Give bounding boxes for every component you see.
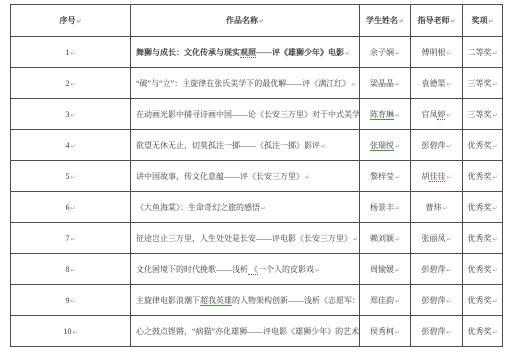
eol-mark: ↵ xyxy=(395,50,400,57)
header-title[interactable]: 作品名称↵ xyxy=(131,5,360,37)
cell-text: 10 xyxy=(63,327,71,336)
eol-mark: ↵ xyxy=(446,236,451,243)
cell-no[interactable]: 2↵ xyxy=(11,68,131,99)
awards-table: 序号↵ 作品名称↵ 学生姓名↵ 指导老师↵ 奖项↵ 1↵舞狮与成长：文化传承与现… xyxy=(10,4,503,347)
cell-text: 郑佳韵 xyxy=(370,296,394,305)
eol-mark: ↵ xyxy=(70,174,75,181)
cell-text: 傅明根 xyxy=(421,48,445,57)
cell-text: 彭碧萍 xyxy=(421,141,445,150)
cell-text: 余子娴 xyxy=(370,48,394,57)
cell-text: 《大鱼海棠》：生命奇幻之旅的感悟 xyxy=(136,203,260,212)
document-page: { "colors": { "text": "#3b3b3b", "border… xyxy=(0,0,512,360)
cell-text: 彭碧萍 xyxy=(421,265,445,274)
eol-mark: ↵ xyxy=(446,329,451,336)
header-no[interactable]: 序号↵ xyxy=(11,5,131,37)
cell-text: 三等奖 xyxy=(467,79,491,88)
eol-mark: ↵ xyxy=(492,205,497,212)
table-row: 1↵舞狮与成长：文化传承与现实观照——评《雄狮少年》电影↵余子娴↵傅明根↵二等奖… xyxy=(11,37,503,68)
cell-no[interactable]: 4↵ xyxy=(11,130,131,161)
eol-mark: ↵ xyxy=(442,205,447,212)
table-header: 序号↵ 作品名称↵ 学生姓名↵ 指导老师↵ 奖项↵ xyxy=(11,5,503,37)
cell-text: 张丽凤 xyxy=(421,234,445,243)
cell-teacher[interactable]: 傅明根↵ xyxy=(411,37,463,68)
header-no-label: 序号 xyxy=(59,16,75,25)
cell-text: 1 xyxy=(65,48,69,57)
marked-text: 陈育琳 xyxy=(370,110,394,120)
cell-text: 二等奖 xyxy=(467,48,491,57)
cell-no[interactable]: 9↵ xyxy=(11,285,131,316)
cell-text: 彭碧萍 xyxy=(421,327,445,336)
eol-mark: ↵ xyxy=(395,112,400,119)
cell-award[interactable]: 二等奖↵ xyxy=(463,37,503,68)
cell-text: 舞狮与成长：文化传承与现实 xyxy=(136,48,240,57)
cell-text: 文化困境下的时代挽歌——浅析 xyxy=(136,265,248,274)
eol-mark: ↵ xyxy=(450,18,455,25)
cell-student[interactable]: 梁晶晶↵ xyxy=(360,68,411,99)
table-row: 9↵主旋律电影浪潮下超我英雄的人物架构创新——浅析《志愿军：雄兵出击》↵郑佳韵↵… xyxy=(11,285,503,316)
cell-text: 曹炜 xyxy=(425,203,441,212)
cell-text: 袁德渠 xyxy=(421,79,445,88)
cell-no[interactable]: 6↵ xyxy=(11,192,131,223)
cell-student[interactable]: 杨景丰↵ xyxy=(360,192,411,223)
cell-text: 优秀奖 xyxy=(467,296,491,305)
cell-text: 优秀奖 xyxy=(467,327,491,336)
cell-text: 官凤 xyxy=(421,110,437,119)
cell-text: 优秀奖 xyxy=(467,203,491,212)
table-row: 8↵文化困境下的时代挽歌——浅析 《一个人的皮影戏↵周愉媛↵彭碧萍↵优秀奖↵ xyxy=(11,254,503,285)
eol-mark: ↵ xyxy=(395,174,400,181)
cell-award[interactable]: 优秀奖↵ xyxy=(463,254,503,285)
cell-student[interactable]: 张瑞悦↵ xyxy=(360,130,411,161)
eol-mark: ↵ xyxy=(492,143,497,150)
cell-text: 侯秀柯 xyxy=(370,327,394,336)
cell-text: 4 xyxy=(65,141,69,150)
cell-text: 欲望无休无止，切莫孤注一掷——《孤注一掷》影评 xyxy=(136,141,320,150)
eol-mark: ↵ xyxy=(70,50,75,57)
marked-text: 婷 xyxy=(437,110,445,120)
eol-mark: ↵ xyxy=(488,18,493,25)
cell-text: 2 xyxy=(65,79,69,88)
cell-award[interactable]: 优秀奖↵ xyxy=(463,161,503,192)
cell-title[interactable]: 在动画光影中捕寻诗画中国——论《长安三万里》对于中式美学的诠释↵ xyxy=(131,99,360,130)
cell-text: 3 xyxy=(65,110,69,119)
eol-mark: ↵ xyxy=(492,174,497,181)
cell-text: 优秀奖 xyxy=(467,141,491,150)
table-row: 6↵《大鱼海棠》：生命奇幻之旅的感悟↵杨景丰↵曹炜↵优秀奖↵ xyxy=(11,192,503,223)
eol-mark: ↵ xyxy=(351,81,356,88)
table-row: 3↵在动画光影中捕寻诗画中国——论《长安三万里》对于中式美学的诠释↵陈育琳↵官凤… xyxy=(11,99,503,130)
eol-mark: ↵ xyxy=(446,112,451,119)
cell-award[interactable]: 三等奖↵ xyxy=(463,99,503,130)
cell-teacher[interactable]: 官凤婷↵ xyxy=(411,99,463,130)
eol-mark: ↵ xyxy=(492,112,497,119)
eol-mark: ↵ xyxy=(395,267,400,274)
cell-title[interactable]: 舞狮与成长：文化传承与现实观照——评《雄狮少年》电影↵ xyxy=(131,37,360,68)
cell-no[interactable]: 5↵ xyxy=(11,161,131,192)
eol-mark: ↵ xyxy=(446,143,451,150)
cell-award[interactable]: 三等奖↵ xyxy=(463,68,503,99)
marked-text: 超我英雄 xyxy=(200,296,232,306)
cell-title[interactable]: 文化困境下的时代挽歌——浅析 《一个人的皮影戏↵ xyxy=(131,254,360,285)
cell-text: “破”与“立”：主旋律在张氏美学下的最优解——评《满江红》 xyxy=(136,79,350,88)
cell-text: 周愉媛 xyxy=(370,265,394,274)
eol-mark: ↵ xyxy=(395,329,400,336)
cell-text: 优秀奖 xyxy=(467,234,491,243)
eol-mark: ↵ xyxy=(492,236,497,243)
cell-award[interactable]: 优秀奖↵ xyxy=(463,316,503,347)
eol-mark: ↵ xyxy=(446,174,451,181)
table-row: 7↵征途岂止三万里，人生处处是长安——评电影《长安三万里》↵赖刘颖↵张丽凤↵优秀… xyxy=(11,223,503,254)
cell-text: 征途岂止三万里，人生处处是长安——评电影《长安三万里》 xyxy=(136,234,352,243)
cell-teacher[interactable]: 张丽凤↵ xyxy=(411,223,463,254)
cell-title[interactable]: 讲中国故事，传文化意蕴——评《长安三万里》↵ xyxy=(131,161,360,192)
cell-teacher[interactable]: 曹炜↵ xyxy=(411,192,463,223)
eol-mark: ↵ xyxy=(446,267,451,274)
cell-student[interactable]: 侯秀柯↵ xyxy=(360,316,411,347)
cell-teacher[interactable]: 彭碧萍↵ xyxy=(411,316,463,347)
cell-no[interactable]: 3↵ xyxy=(11,99,131,130)
cell-award[interactable]: 优秀奖↵ xyxy=(463,223,503,254)
header-teacher[interactable]: 指导老师↵ xyxy=(411,5,463,37)
marked-text: 佳佳 xyxy=(429,172,445,182)
cell-text: 心之鼓点铿锵，“病猫”亦化雄狮——评电影《雄狮少年》的艺术特色 xyxy=(136,327,360,336)
marked-text: 观照 xyxy=(240,48,256,58)
cell-teacher[interactable]: 胡佳佳↵ xyxy=(411,161,463,192)
cell-text: 7 xyxy=(65,234,69,243)
cell-title[interactable]: 主旋律电影浪潮下超我英雄的人物架构创新——浅析《志愿军：雄兵出击》↵ xyxy=(131,285,360,316)
cell-text: 黎梓莹 xyxy=(370,172,394,181)
eol-mark: ↵ xyxy=(70,205,75,212)
eol-mark: ↵ xyxy=(70,112,75,119)
eol-mark: ↵ xyxy=(70,143,75,150)
cell-teacher[interactable]: 袁德渠↵ xyxy=(411,68,463,99)
cell-text: 讲中国故事，传文化意蕴——评《长安三万里》 xyxy=(136,172,304,181)
table-body: 1↵舞狮与成长：文化传承与现实观照——评《雄狮少年》电影↵余子娴↵傅明根↵二等奖… xyxy=(11,37,503,347)
eol-mark: ↵ xyxy=(492,81,497,88)
eol-mark: ↵ xyxy=(321,143,326,150)
eol-mark: ↵ xyxy=(261,205,266,212)
cell-text: 一个人的皮影戏 xyxy=(258,265,314,274)
cell-student[interactable]: 赖刘颖↵ xyxy=(360,223,411,254)
cell-text: 优秀奖 xyxy=(467,172,491,181)
cell-text: 彭碧萍 xyxy=(421,296,445,305)
cell-award[interactable]: 优秀奖↵ xyxy=(463,130,503,161)
eol-mark: ↵ xyxy=(395,236,400,243)
cell-text: 优秀奖 xyxy=(467,265,491,274)
cell-student[interactable]: 郑佳韵↵ xyxy=(360,285,411,316)
marked-text: 《 xyxy=(248,265,258,275)
eol-mark: ↵ xyxy=(395,143,400,150)
cell-text: 的人物架构创新——浅析《志愿军：雄兵出击》 xyxy=(232,296,360,305)
cell-no[interactable]: 7↵ xyxy=(11,223,131,254)
cell-award[interactable]: 优秀奖↵ xyxy=(463,192,503,223)
table-row: 10↵心之鼓点铿锵，“病猫”亦化雄狮——评电影《雄狮少年》的艺术特色↵侯秀柯↵彭… xyxy=(11,316,503,347)
eol-mark: ↵ xyxy=(70,298,75,305)
cell-student[interactable]: 黎梓莹↵ xyxy=(360,161,411,192)
eol-mark: ↵ xyxy=(345,50,350,57)
cell-student[interactable]: 陈育琳↵ xyxy=(360,99,411,130)
eol-mark: ↵ xyxy=(70,267,75,274)
eol-mark: ↵ xyxy=(259,18,264,25)
cell-text: ——评《雄狮少年》电影 xyxy=(256,48,344,57)
cell-no[interactable]: 8↵ xyxy=(11,254,131,285)
header-teacher-label: 指导老师 xyxy=(417,16,449,25)
header-award-label: 奖项 xyxy=(471,16,487,25)
cell-teacher[interactable]: 彭碧萍↵ xyxy=(411,285,463,316)
cell-title[interactable]: 征途岂止三万里，人生处处是长安——评电影《长安三万里》↵ xyxy=(131,223,360,254)
marked-text: 张瑞悦 xyxy=(370,141,394,151)
eol-mark: ↵ xyxy=(395,81,400,88)
cell-no[interactable]: 1↵ xyxy=(11,37,131,68)
eol-mark: ↵ xyxy=(492,329,497,336)
eol-mark: ↵ xyxy=(395,298,400,305)
table-row: 2↵“破”与“立”：主旋律在张氏美学下的最优解——评《满江红》↵梁晶晶↵袁德渠↵… xyxy=(11,68,503,99)
cell-text: 8 xyxy=(65,265,69,274)
cell-text: 三等奖 xyxy=(467,110,491,119)
eol-mark: ↵ xyxy=(399,18,404,25)
header-student[interactable]: 学生姓名↵ xyxy=(360,5,411,37)
eol-mark: ↵ xyxy=(70,81,75,88)
eol-mark: ↵ xyxy=(70,236,75,243)
cell-text: 在动画光影中捕寻诗画中国——论《长安三万里》对于中式美学的诠释 xyxy=(136,110,360,119)
cell-student[interactable]: 周愉媛↵ xyxy=(360,254,411,285)
cell-text: 5 xyxy=(65,172,69,181)
cell-no[interactable]: 10↵ xyxy=(11,316,131,347)
cell-text: 赖刘颖 xyxy=(370,234,394,243)
eol-mark: ↵ xyxy=(492,50,497,57)
cell-student[interactable]: 余子娴↵ xyxy=(360,37,411,68)
table-row: 4↵欲望无休无止，切莫孤注一掷——《孤注一掷》影评↵张瑞悦↵彭碧萍↵优秀奖↵ xyxy=(11,130,503,161)
eol-mark: ↵ xyxy=(76,18,81,25)
eol-mark: ↵ xyxy=(492,267,497,274)
cell-text: 6 xyxy=(65,203,69,212)
eol-mark: ↵ xyxy=(315,267,320,274)
header-row: 序号↵ 作品名称↵ 学生姓名↵ 指导老师↵ 奖项↵ xyxy=(11,5,503,37)
cell-teacher[interactable]: 彭碧萍↵ xyxy=(411,130,463,161)
cell-title[interactable]: 欲望无休无止，切莫孤注一掷——《孤注一掷》影评↵ xyxy=(131,130,360,161)
table-row: 5↵讲中国故事，传文化意蕴——评《长安三万里》↵黎梓莹↵胡佳佳↵优秀奖↵ xyxy=(11,161,503,192)
eol-mark: ↵ xyxy=(72,329,77,336)
eol-mark: ↵ xyxy=(446,50,451,57)
cell-award[interactable]: 优秀奖↵ xyxy=(463,285,503,316)
eol-mark: ↵ xyxy=(446,298,451,305)
eol-mark: ↵ xyxy=(353,236,358,243)
cell-text: 梁晶晶 xyxy=(370,79,394,88)
eol-mark: ↵ xyxy=(305,174,310,181)
cell-title[interactable]: 心之鼓点铿锵，“病猫”亦化雄狮——评电影《雄狮少年》的艺术特色↵ xyxy=(131,316,360,347)
eol-mark: ↵ xyxy=(395,205,400,212)
header-title-label: 作品名称 xyxy=(226,16,258,25)
cell-title[interactable]: 《大鱼海棠》：生命奇幻之旅的感悟↵ xyxy=(131,192,360,223)
header-award[interactable]: 奖项↵ xyxy=(463,5,503,37)
cell-text: 9 xyxy=(65,296,69,305)
header-student-label: 学生姓名 xyxy=(366,16,398,25)
cell-title[interactable]: “破”与“立”：主旋律在张氏美学下的最优解——评《满江红》↵ xyxy=(131,68,360,99)
eol-mark: ↵ xyxy=(446,81,451,88)
cell-teacher[interactable]: 彭碧萍↵ xyxy=(411,254,463,285)
cell-text: 主旋律电影浪潮下 xyxy=(136,296,200,305)
eol-mark: ↵ xyxy=(492,298,497,305)
cell-text: 杨景丰 xyxy=(370,203,394,212)
